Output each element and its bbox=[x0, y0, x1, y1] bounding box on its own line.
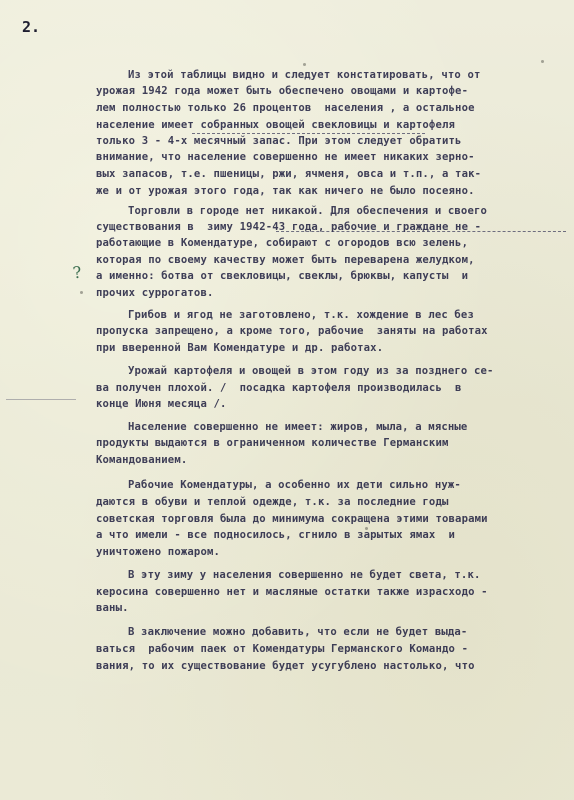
text-line: вых запасов, т.е. пшеницы, ржи, ячменя, … bbox=[96, 167, 481, 181]
ink-speck bbox=[365, 527, 368, 530]
text-line: В заключение можно добавить, что если не… bbox=[128, 625, 467, 639]
text-line: которая по своему качеству может быть пе… bbox=[96, 253, 475, 267]
text-line: Торговли в городе нет никакой. Для обесп… bbox=[128, 204, 487, 218]
underline-margin-rule bbox=[6, 399, 76, 400]
text-line: Командованием. bbox=[96, 453, 187, 467]
text-line: прочих суррогатов. bbox=[96, 286, 214, 300]
text-line: В эту зиму у населения совершенно не буд… bbox=[128, 568, 481, 582]
document-page: 2. ? Из этой таблицы видно и следует кон… bbox=[0, 0, 574, 800]
text-line: а именно: ботва от свекловицы, свеклы, б… bbox=[96, 269, 468, 283]
text-line: вания, то их существование будет усугубл… bbox=[96, 659, 475, 673]
text-line: конце Июня месяца /. bbox=[96, 397, 227, 411]
ink-speck bbox=[303, 63, 306, 66]
text-line: Грибов и ягод не заготовлено, т.к. хожде… bbox=[128, 308, 474, 322]
handwritten-question-mark: ? bbox=[72, 262, 83, 282]
underline-nothing-sown bbox=[276, 231, 566, 232]
text-line: пропуска запрещено, а кроме того, рабочи… bbox=[96, 324, 488, 338]
text-line: керосина совершенно нет и масляные остат… bbox=[96, 585, 488, 599]
ink-speck bbox=[541, 60, 544, 63]
text-line: даются в обуви и теплой одежде, т.к. за … bbox=[96, 495, 449, 509]
text-line: ваться рабочим паек от Комендатуры Герма… bbox=[96, 642, 468, 656]
text-line: Рабочие Комендатуры, а особенно их дети … bbox=[128, 478, 461, 492]
text-line: население имеет собранных овощей свеклов… bbox=[96, 118, 455, 132]
text-line: внимание, что население совершенно не им… bbox=[96, 150, 475, 164]
text-line: продукты выдаются в ограниченном количес… bbox=[96, 436, 449, 450]
text-line: только 3 - 4-х месячный запас. При этом … bbox=[96, 134, 462, 148]
text-line: Урожай картофеля и овощей в этом году из… bbox=[128, 364, 494, 378]
text-line: ваны. bbox=[96, 601, 129, 615]
text-line: советская торговля была до минимума сокр… bbox=[96, 512, 488, 526]
text-line: Из этой таблицы видно и следует констати… bbox=[128, 68, 481, 82]
text-line: работающие в Комендатуре, собирают с ого… bbox=[96, 236, 468, 250]
text-line: же и от урожая этого года, так как ничег… bbox=[96, 184, 475, 198]
text-line: ва получен плохой. / посадка картофеля п… bbox=[96, 381, 462, 395]
text-line: уничтожено пожаром. bbox=[96, 545, 220, 559]
text-line: при вверенной Вам Комендатуре и др. рабо… bbox=[96, 341, 383, 355]
underline-26-percent bbox=[192, 133, 425, 134]
text-line: лем полностью только 26 процентов населе… bbox=[96, 101, 475, 115]
text-line: урожая 1942 года может быть обеспечено о… bbox=[96, 84, 468, 98]
page-number: 2. bbox=[22, 18, 40, 36]
text-line: Население совершенно не имеет: жиров, мы… bbox=[128, 420, 467, 434]
text-line: а что имели - все подносилось, сгнило в … bbox=[96, 528, 455, 542]
ink-speck bbox=[80, 291, 83, 294]
